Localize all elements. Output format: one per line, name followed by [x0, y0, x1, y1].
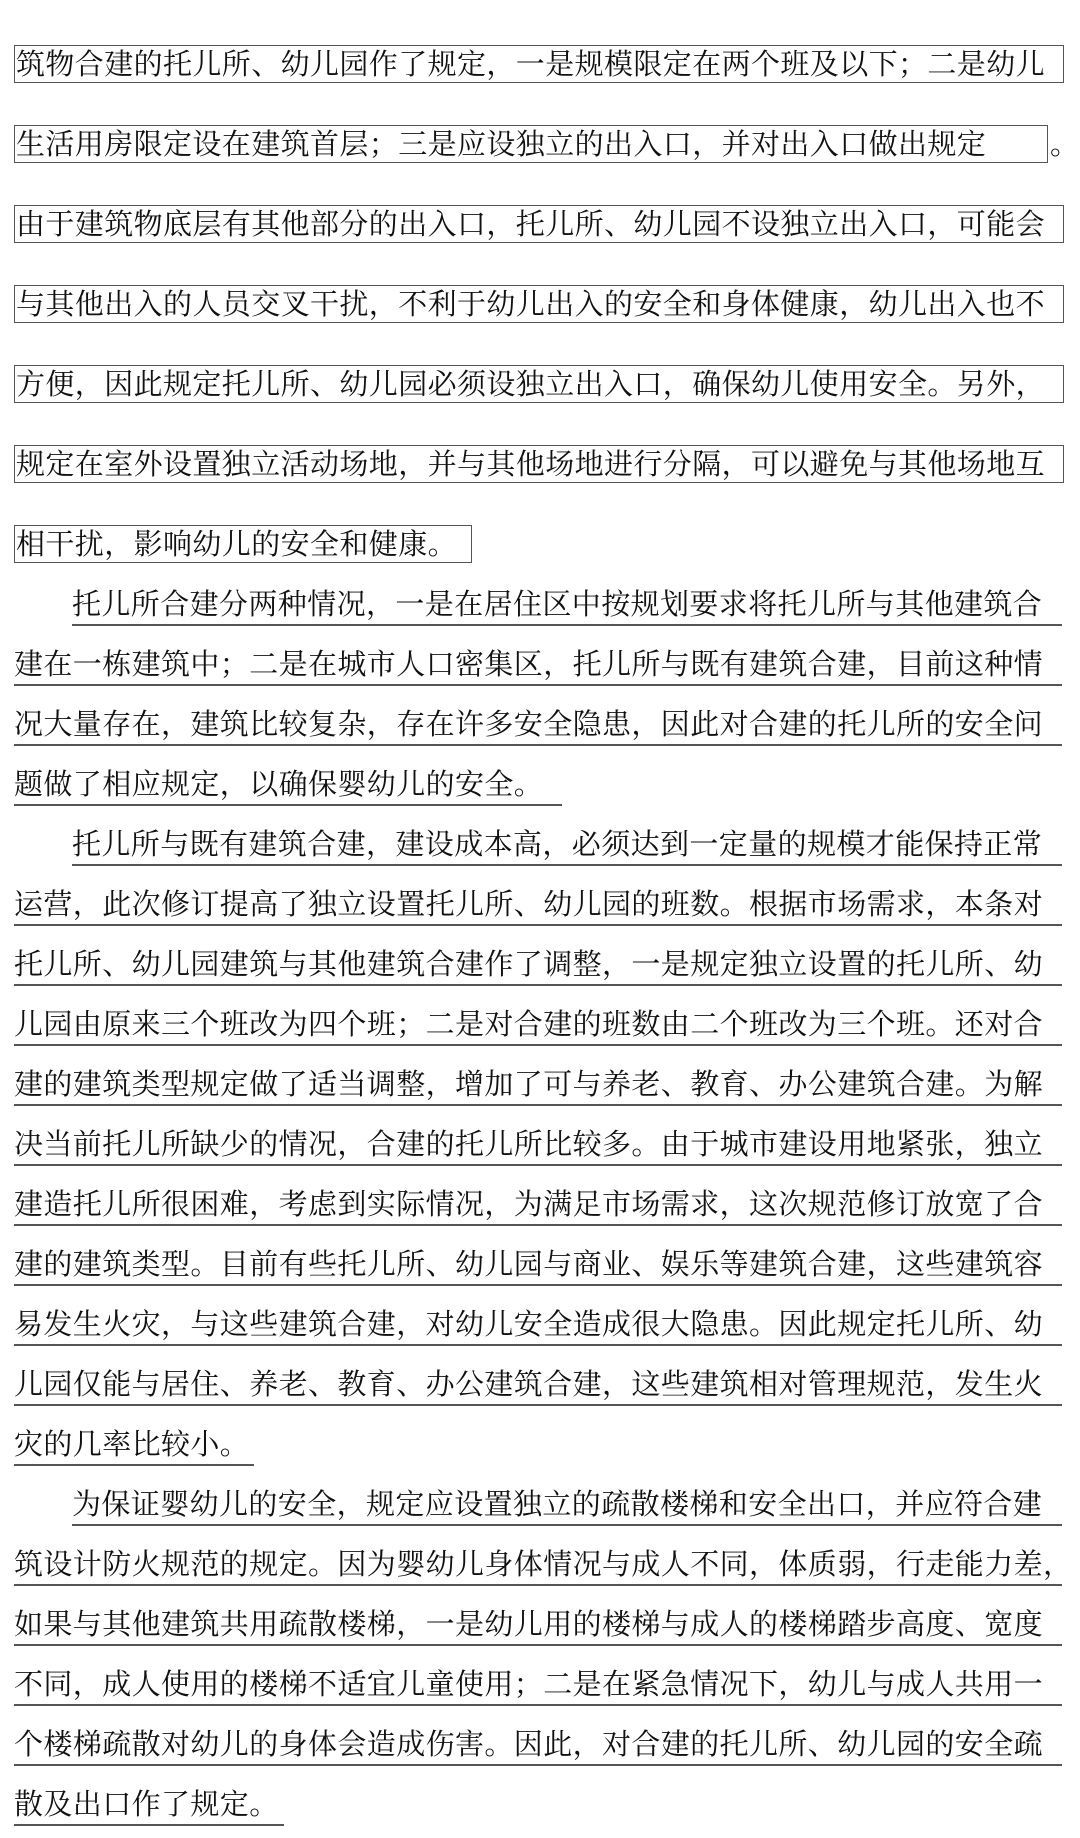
underlined-line: 托儿所合建分两种情况，一是在居住区中按规划要求将托儿所与其他建筑合: [72, 584, 1062, 626]
underlined-line: 儿园仅能与居住、养老、教育、办公建筑合建，这些建筑相对管理规范，发生火: [14, 1364, 1062, 1406]
underlined-line: 易发生火灾，与这些建筑合建，对幼儿安全造成很大隐患。因此规定托儿所、幼: [14, 1304, 1062, 1346]
boxed-line: 相干扰，影响幼儿的安全和健康。: [14, 525, 472, 563]
underlined-line: 散及出口作了规定。: [14, 1784, 284, 1826]
trailing-period: 。: [1050, 125, 1079, 163]
underlined-line: 运营，此次修订提高了独立设置托儿所、幼儿园的班数。根据市场需求，本条对: [14, 884, 1062, 926]
underlined-line: 如果与其他建筑共用疏散楼梯，一是幼儿用的楼梯与成人的楼梯踏步高度、宽度: [14, 1604, 1062, 1646]
underlined-line: 托儿所与既有建筑合建，建设成本高，必须达到一定量的规模才能保持正常: [72, 824, 1062, 866]
underlined-line: 决当前托儿所缺少的情况，合建的托儿所比较多。由于城市建设用地紧张，独立: [14, 1124, 1062, 1166]
boxed-line: 生活用房限定设在建筑首层；三是应设独立的出入口，并对出入口做出规定: [14, 125, 1048, 163]
boxed-line: 筑物合建的托儿所、幼儿园作了规定，一是规模限定在两个班及以下；二是幼儿: [14, 45, 1064, 83]
underlined-line: 筑设计防火规范的规定。因为婴幼儿身体情况与成人不同，体质弱，行走能力差，: [14, 1544, 1062, 1586]
boxed-line: 规定在室外设置独立活动场地，并与其他场地进行分隔，可以避免与其他场地互: [14, 445, 1064, 483]
underlined-line: 题做了相应规定，以确保婴幼儿的安全。: [14, 764, 562, 806]
underlined-line: 建的建筑类型规定做了适当调整，增加了可与养老、教育、办公建筑合建。为解: [14, 1064, 1062, 1106]
underlined-line: 儿园由原来三个班改为四个班；二是对合建的班数由二个班改为三个班。还对合: [14, 1004, 1062, 1046]
underlined-line: 况大量存在，建筑比较复杂，存在许多安全隐患，因此对合建的托儿所的安全问: [14, 704, 1062, 746]
underlined-line: 托儿所、幼儿园建筑与其他建筑合建作了调整，一是规定独立设置的托儿所、幼: [14, 944, 1062, 986]
boxed-line: 方便，因此规定托儿所、幼儿园必须设独立出入口，确保幼儿使用安全。另外，: [14, 365, 1064, 403]
underlined-line: 不同，成人使用的楼梯不适宜儿童使用；二是在紧急情况下，幼儿与成人共用一: [14, 1664, 1062, 1706]
boxed-line: 由于建筑物底层有其他部分的出入口，托儿所、幼儿园不设独立出入口，可能会: [14, 205, 1064, 243]
underlined-line: 灾的几率比较小。: [14, 1424, 254, 1466]
underlined-line: 建的建筑类型。目前有些托儿所、幼儿园与商业、娱乐等建筑合建，这些建筑容: [14, 1244, 1062, 1286]
underlined-line: 个楼梯疏散对幼儿的身体会造成伤害。因此，对合建的托儿所、幼儿园的安全疏: [14, 1724, 1062, 1766]
boxed-line: 与其他出入的人员交叉干扰，不利于幼儿出入的安全和身体健康，幼儿出入也不: [14, 285, 1064, 323]
underlined-line: 为保证婴幼儿的安全，规定应设置独立的疏散楼梯和安全出口，并应符合建: [72, 1484, 1062, 1526]
document-page: 筑物合建的托儿所、幼儿园作了规定，一是规模限定在两个班及以下；二是幼儿 生活用房…: [0, 0, 1080, 1838]
underlined-line: 建造托儿所很困难，考虑到实际情况，为满足市场需求，这次规范修订放宽了合: [14, 1184, 1062, 1226]
underlined-line: 建在一栋建筑中；二是在城市人口密集区，托儿所与既有建筑合建，目前这种情: [14, 644, 1062, 686]
